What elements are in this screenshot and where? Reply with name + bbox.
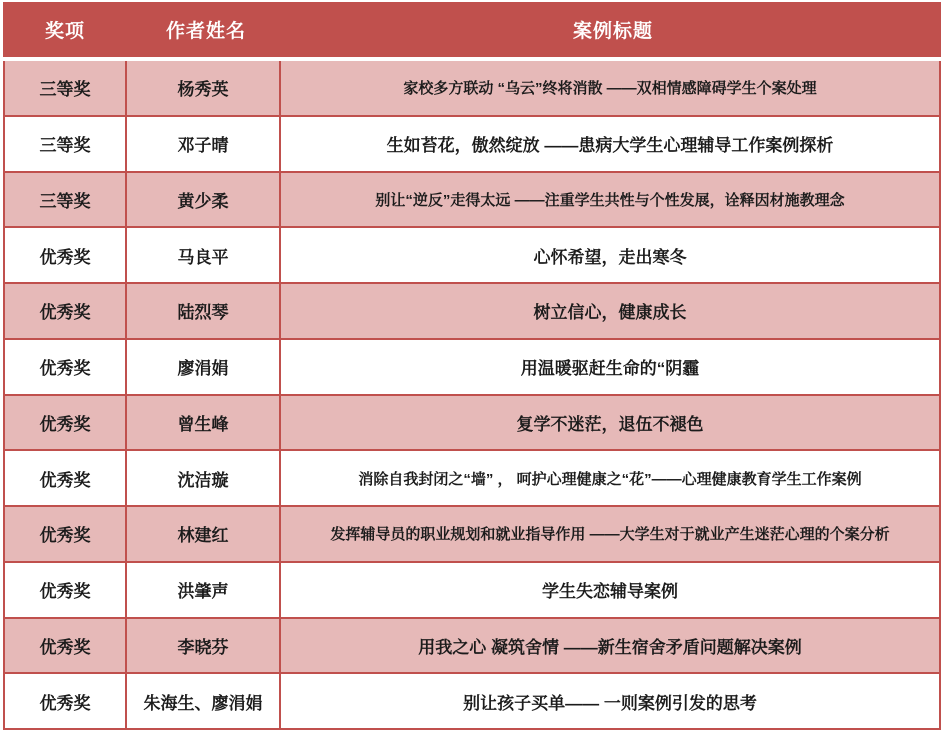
table-row: 优秀奖 李晓芬 用我之心 凝筑舍情 ——新生宿舍矛盾问题解决案例 <box>5 617 939 673</box>
cell-award: 优秀奖 <box>5 507 127 561</box>
cell-author: 洪肇声 <box>127 563 281 617</box>
table-row: 三等奖 杨秀英 家校多方联动 “乌云”终将消散 ——双相情感障碍学生个案处理 <box>5 61 939 115</box>
cell-title: 学生失恋辅导案例 <box>281 563 939 617</box>
cell-author: 李晓芬 <box>127 619 281 673</box>
cell-title: 用我之心 凝筑舍情 ——新生宿舍矛盾问题解决案例 <box>281 619 939 673</box>
cell-award: 三等奖 <box>5 61 127 115</box>
cell-award: 优秀奖 <box>5 396 127 450</box>
cell-award: 优秀奖 <box>5 674 127 728</box>
award-case-table: 奖项 作者姓名 案例标题 三等奖 杨秀英 家校多方联动 “乌云”终将消散 ——双… <box>0 2 944 735</box>
cell-author: 马良平 <box>127 228 281 282</box>
cell-title: 发挥辅导员的职业规划和就业指导作用 ——大学生对于就业产生迷茫心理的个案分析 <box>281 507 939 561</box>
cell-author: 杨秀英 <box>127 61 281 115</box>
table-row: 优秀奖 曾生峰 复学不迷茫，退伍不褪色 <box>5 394 939 450</box>
cell-title: 别让孩子买单—— 一则案例引发的思考 <box>281 674 939 728</box>
cell-award: 优秀奖 <box>5 340 127 394</box>
table-row: 优秀奖 廖涓娟 用温暖驱赶生命的“阴霾 <box>5 338 939 394</box>
cell-author: 林建红 <box>127 507 281 561</box>
cell-title: 用温暖驱赶生命的“阴霾 <box>281 340 939 394</box>
table-row: 优秀奖 马良平 心怀希望，走出寒冬 <box>5 226 939 282</box>
table-header: 奖项 作者姓名 案例标题 <box>3 2 941 57</box>
table-row: 优秀奖 陆烈琴 树立信心，健康成长 <box>5 282 939 338</box>
cell-author: 沈洁璇 <box>127 451 281 505</box>
cell-award: 优秀奖 <box>5 619 127 673</box>
cell-title: 复学不迷茫，退伍不褪色 <box>281 396 939 450</box>
cell-author: 曾生峰 <box>127 396 281 450</box>
header-author: 作者姓名 <box>127 2 285 57</box>
cell-award: 三等奖 <box>5 173 127 227</box>
table-body: 三等奖 杨秀英 家校多方联动 “乌云”终将消散 ——双相情感障碍学生个案处理 三… <box>3 61 941 730</box>
cell-author: 朱海生、廖涓娟 <box>127 674 281 728</box>
cell-author: 邓子晴 <box>127 117 281 171</box>
table-row: 优秀奖 洪肇声 学生失恋辅导案例 <box>5 561 939 617</box>
cell-award: 优秀奖 <box>5 451 127 505</box>
cell-author: 陆烈琴 <box>127 284 281 338</box>
table-row: 优秀奖 沈洁璇 消除自我封闭之“墙” ， 呵护心理健康之“花”——心理健康教育学… <box>5 449 939 505</box>
cell-award: 优秀奖 <box>5 284 127 338</box>
cell-title: 生如苔花，傲然绽放 ——患病大学生心理辅导工作案例探析 <box>281 117 939 171</box>
cell-award: 优秀奖 <box>5 228 127 282</box>
table-row: 优秀奖 林建红 发挥辅导员的职业规划和就业指导作用 ——大学生对于就业产生迷茫心… <box>5 505 939 561</box>
table-row: 三等奖 黄少柔 别让“逆反”走得太远 ——注重学生共性与个性发展，诠释因材施教理… <box>5 171 939 227</box>
cell-award: 优秀奖 <box>5 563 127 617</box>
header-case-title: 案例标题 <box>285 2 941 57</box>
table-row: 三等奖 邓子晴 生如苔花，傲然绽放 ——患病大学生心理辅导工作案例探析 <box>5 115 939 171</box>
cell-title: 消除自我封闭之“墙” ， 呵护心理健康之“花”——心理健康教育学生工作案例 <box>281 451 939 505</box>
table-row: 优秀奖 朱海生、廖涓娟 别让孩子买单—— 一则案例引发的思考 <box>5 672 939 728</box>
cell-author: 黄少柔 <box>127 173 281 227</box>
header-award: 奖项 <box>3 2 127 57</box>
cell-title: 家校多方联动 “乌云”终将消散 ——双相情感障碍学生个案处理 <box>281 61 939 115</box>
cell-title: 别让“逆反”走得太远 ——注重学生共性与个性发展，诠释因材施教理念 <box>281 173 939 227</box>
cell-title: 树立信心，健康成长 <box>281 284 939 338</box>
cell-title: 心怀希望，走出寒冬 <box>281 228 939 282</box>
cell-award: 三等奖 <box>5 117 127 171</box>
cell-author: 廖涓娟 <box>127 340 281 394</box>
